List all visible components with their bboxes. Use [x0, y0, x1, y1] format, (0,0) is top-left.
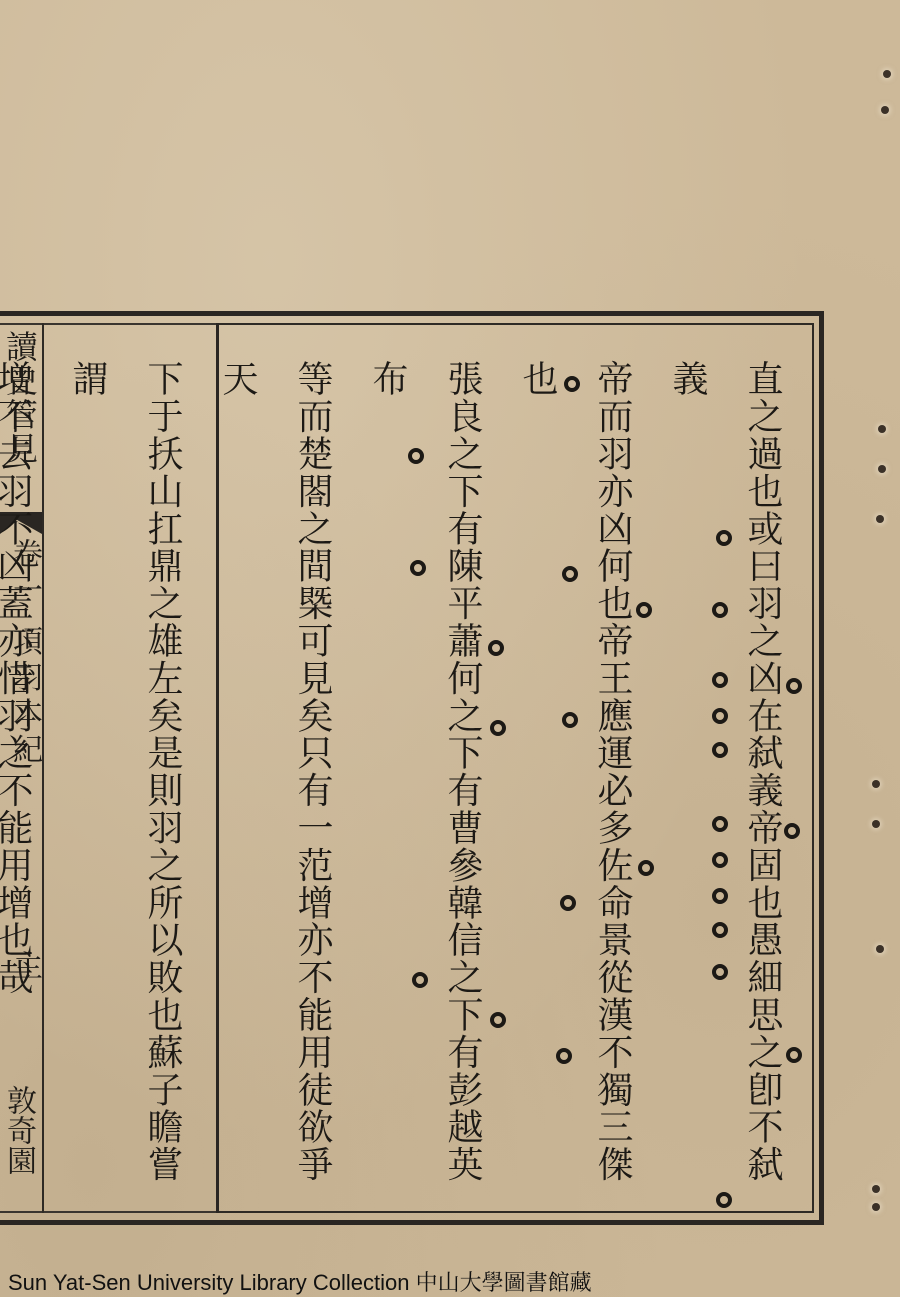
punctuation-circle-icon [712, 742, 728, 758]
punctuation-circle-icon [784, 823, 800, 839]
punctuation-circle-icon [712, 708, 728, 724]
binding-hole-icon [876, 945, 884, 953]
punctuation-circle-icon [638, 860, 654, 876]
punctuation-circle-icon [712, 672, 728, 688]
punctuation-circle-icon [716, 1192, 732, 1208]
punctuation-circle-icon [712, 922, 728, 938]
punctuation-circle-icon [562, 712, 578, 728]
punctuation-circle-icon [712, 852, 728, 868]
punctuation-circle-icon [564, 376, 580, 392]
punctuation-circle-icon [488, 640, 504, 656]
library-credit: Sun Yat-Sen University Library Collectio… [8, 1266, 592, 1297]
punctuation-circle-icon [408, 448, 424, 464]
punctuation-circle-icon [560, 895, 576, 911]
punctuation-circle-icon [556, 1048, 572, 1064]
punctuation-circle-icon [712, 602, 728, 618]
banxin-bottom-rule [0, 1211, 216, 1213]
text-column: 下于扷山扛鼎之雄左矣是則羽之所以敗也蘇子瞻嘗謂 [50, 360, 200, 1210]
punctuation-circle-icon [786, 678, 802, 694]
book-page: 讀史管見 卷一 項羽本紀 主 敦奇園 直之過也或曰羽之凶在弑義帝固也愚細思之卽不… [0, 0, 900, 1297]
punctuation-circle-icon [712, 964, 728, 980]
text-column: 張良之下有陳平蕭何之下有曹參韓信之下有彭越英布 [350, 360, 500, 1210]
binding-hole-icon [883, 70, 891, 78]
punctuation-circle-icon [490, 720, 506, 736]
binding-hole-icon [878, 425, 886, 433]
binding-hole-icon [872, 820, 880, 828]
binding-hole-icon [881, 106, 889, 114]
text-column: 等而楚閤之間槩可見矣只有一范增亦不能用徒欲爭天 [200, 360, 350, 1210]
punctuation-circle-icon [412, 972, 428, 988]
binding-hole-icon [872, 780, 880, 788]
punctuation-circle-icon [562, 566, 578, 582]
punctuation-circle-icon [636, 602, 652, 618]
punctuation-circle-icon [410, 560, 426, 576]
punctuation-circle-icon [712, 888, 728, 904]
binding-hole-icon [872, 1185, 880, 1193]
banxin-top-rule [0, 323, 216, 325]
punctuation-circle-icon [712, 816, 728, 832]
text-column: 帝而羽亦凶何也帝王應運必多佐命景從漢不獨三傑也 [500, 360, 650, 1210]
punctuation-circle-icon [786, 1047, 802, 1063]
main-text-block: 直之過也或曰羽之凶在弑義帝固也愚細思之卽不弑義 帝而羽亦凶何也帝王應運必多佐命景… [360, 360, 800, 1210]
punctuation-circle-icon [490, 1012, 506, 1028]
text-column: 增不去羽不凶蓋亦惜羽之不能用增也哉 [0, 360, 50, 1210]
binding-hole-icon [878, 465, 886, 473]
punctuation-circle-icon [716, 530, 732, 546]
binding-hole-icon [876, 515, 884, 523]
binding-hole-icon [872, 1203, 880, 1211]
text-column: 直之過也或曰羽之凶在弑義帝固也愚細思之卽不弑義 [650, 360, 800, 1210]
